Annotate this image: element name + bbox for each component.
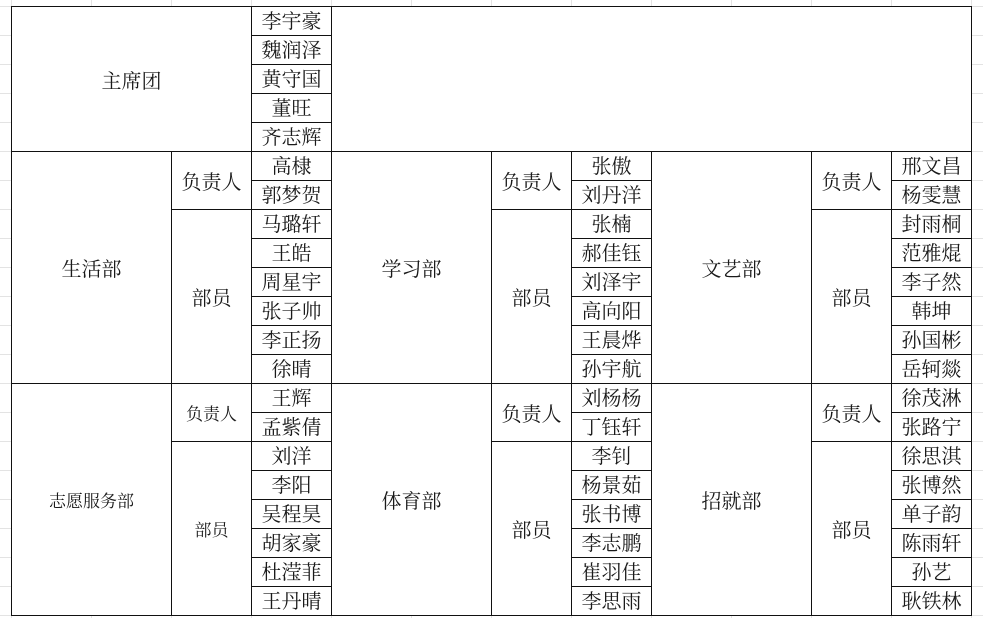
- member-name[interactable]: 杜滢菲: [252, 558, 332, 587]
- member-name[interactable]: 吴程昊: [252, 500, 332, 529]
- member-name[interactable]: 陈雨轩: [892, 529, 972, 558]
- department-name-arts[interactable]: 文艺部: [652, 152, 812, 384]
- member-name[interactable]: 张楠: [572, 210, 652, 239]
- leader-name[interactable]: 郭梦贺: [252, 181, 332, 210]
- leader-name[interactable]: 刘丹洋: [572, 181, 652, 210]
- member-name[interactable]: 孙国彬: [892, 326, 972, 355]
- member-name[interactable]: 韩坤: [892, 297, 972, 326]
- member-label[interactable]: 部员: [812, 442, 892, 616]
- presidium-member[interactable]: 齐志辉: [252, 123, 332, 152]
- member-name[interactable]: 耿铁林: [892, 587, 972, 616]
- member-name[interactable]: 李钊: [572, 442, 652, 471]
- presidium-member[interactable]: 董旺: [252, 94, 332, 123]
- leader-label[interactable]: 负责人: [492, 384, 572, 442]
- member-name[interactable]: 张子帅: [252, 297, 332, 326]
- member-name[interactable]: 徐晴: [252, 355, 332, 384]
- department-name-employment[interactable]: 招就部: [652, 384, 812, 616]
- member-name[interactable]: 封雨桐: [892, 210, 972, 239]
- leader-label[interactable]: 负责人: [812, 384, 892, 442]
- member-name[interactable]: 崔羽佳: [572, 558, 652, 587]
- member-label[interactable]: 部员: [172, 210, 252, 384]
- member-name[interactable]: 王皓: [252, 239, 332, 268]
- member-name[interactable]: 王晨烨: [572, 326, 652, 355]
- member-name[interactable]: 岳轲燚: [892, 355, 972, 384]
- member-name[interactable]: 张博然: [892, 471, 972, 500]
- member-label[interactable]: 部员: [492, 210, 572, 384]
- member-name[interactable]: 范雅焜: [892, 239, 972, 268]
- leader-label[interactable]: 负责人: [172, 384, 252, 442]
- member-name[interactable]: 徐思淇: [892, 442, 972, 471]
- leader-name[interactable]: 王辉: [252, 384, 332, 413]
- empty-merged-cell[interactable]: [332, 7, 972, 152]
- member-name[interactable]: 李思雨: [572, 587, 652, 616]
- presidium-member[interactable]: 魏润泽: [252, 36, 332, 65]
- member-name[interactable]: 李志鹏: [572, 529, 652, 558]
- member-label[interactable]: 部员: [492, 442, 572, 616]
- leader-name[interactable]: 张傲: [572, 152, 652, 181]
- presidium-label[interactable]: 主席团: [12, 7, 252, 152]
- leader-name[interactable]: 徐茂淋: [892, 384, 972, 413]
- member-name[interactable]: 刘洋: [252, 442, 332, 471]
- member-name[interactable]: 刘泽宇: [572, 268, 652, 297]
- member-name[interactable]: 孙艺: [892, 558, 972, 587]
- leader-label[interactable]: 负责人: [172, 152, 252, 210]
- leader-name[interactable]: 丁钰轩: [572, 413, 652, 442]
- member-name[interactable]: 李阳: [252, 471, 332, 500]
- department-name-sports[interactable]: 体育部: [332, 384, 492, 616]
- member-name[interactable]: 单子韵: [892, 500, 972, 529]
- presidium-member[interactable]: 李宇豪: [252, 7, 332, 36]
- member-name[interactable]: 李子然: [892, 268, 972, 297]
- member-name[interactable]: 张书博: [572, 500, 652, 529]
- leader-name[interactable]: 杨雯慧: [892, 181, 972, 210]
- member-name[interactable]: 王丹晴: [252, 587, 332, 616]
- leader-name[interactable]: 邢文昌: [892, 152, 972, 181]
- member-name[interactable]: 李正扬: [252, 326, 332, 355]
- leader-name[interactable]: 孟紫倩: [252, 413, 332, 442]
- organization-table: 主席团 李宇豪 魏润泽 黄守国 董旺 齐志辉 生活部 负责人 高棣 学习部 负责…: [11, 6, 972, 616]
- member-name[interactable]: 孙宇航: [572, 355, 652, 384]
- leader-label[interactable]: 负责人: [492, 152, 572, 210]
- member-name[interactable]: 马璐轩: [252, 210, 332, 239]
- member-name[interactable]: 郝佳钰: [572, 239, 652, 268]
- member-label[interactable]: 部员: [812, 210, 892, 384]
- member-name[interactable]: 高向阳: [572, 297, 652, 326]
- department-name-study[interactable]: 学习部: [332, 152, 492, 384]
- member-name[interactable]: 杨景茹: [572, 471, 652, 500]
- leader-name[interactable]: 张路宁: [892, 413, 972, 442]
- member-name[interactable]: 胡家豪: [252, 529, 332, 558]
- member-name[interactable]: 周星宇: [252, 268, 332, 297]
- department-name-life[interactable]: 生活部: [12, 152, 172, 384]
- leader-label[interactable]: 负责人: [812, 152, 892, 210]
- presidium-member[interactable]: 黄守国: [252, 65, 332, 94]
- department-name-volunteer[interactable]: 志愿服务部: [12, 384, 172, 616]
- member-label[interactable]: 部员: [172, 442, 252, 616]
- leader-name[interactable]: 刘杨杨: [572, 384, 652, 413]
- leader-name[interactable]: 高棣: [252, 152, 332, 181]
